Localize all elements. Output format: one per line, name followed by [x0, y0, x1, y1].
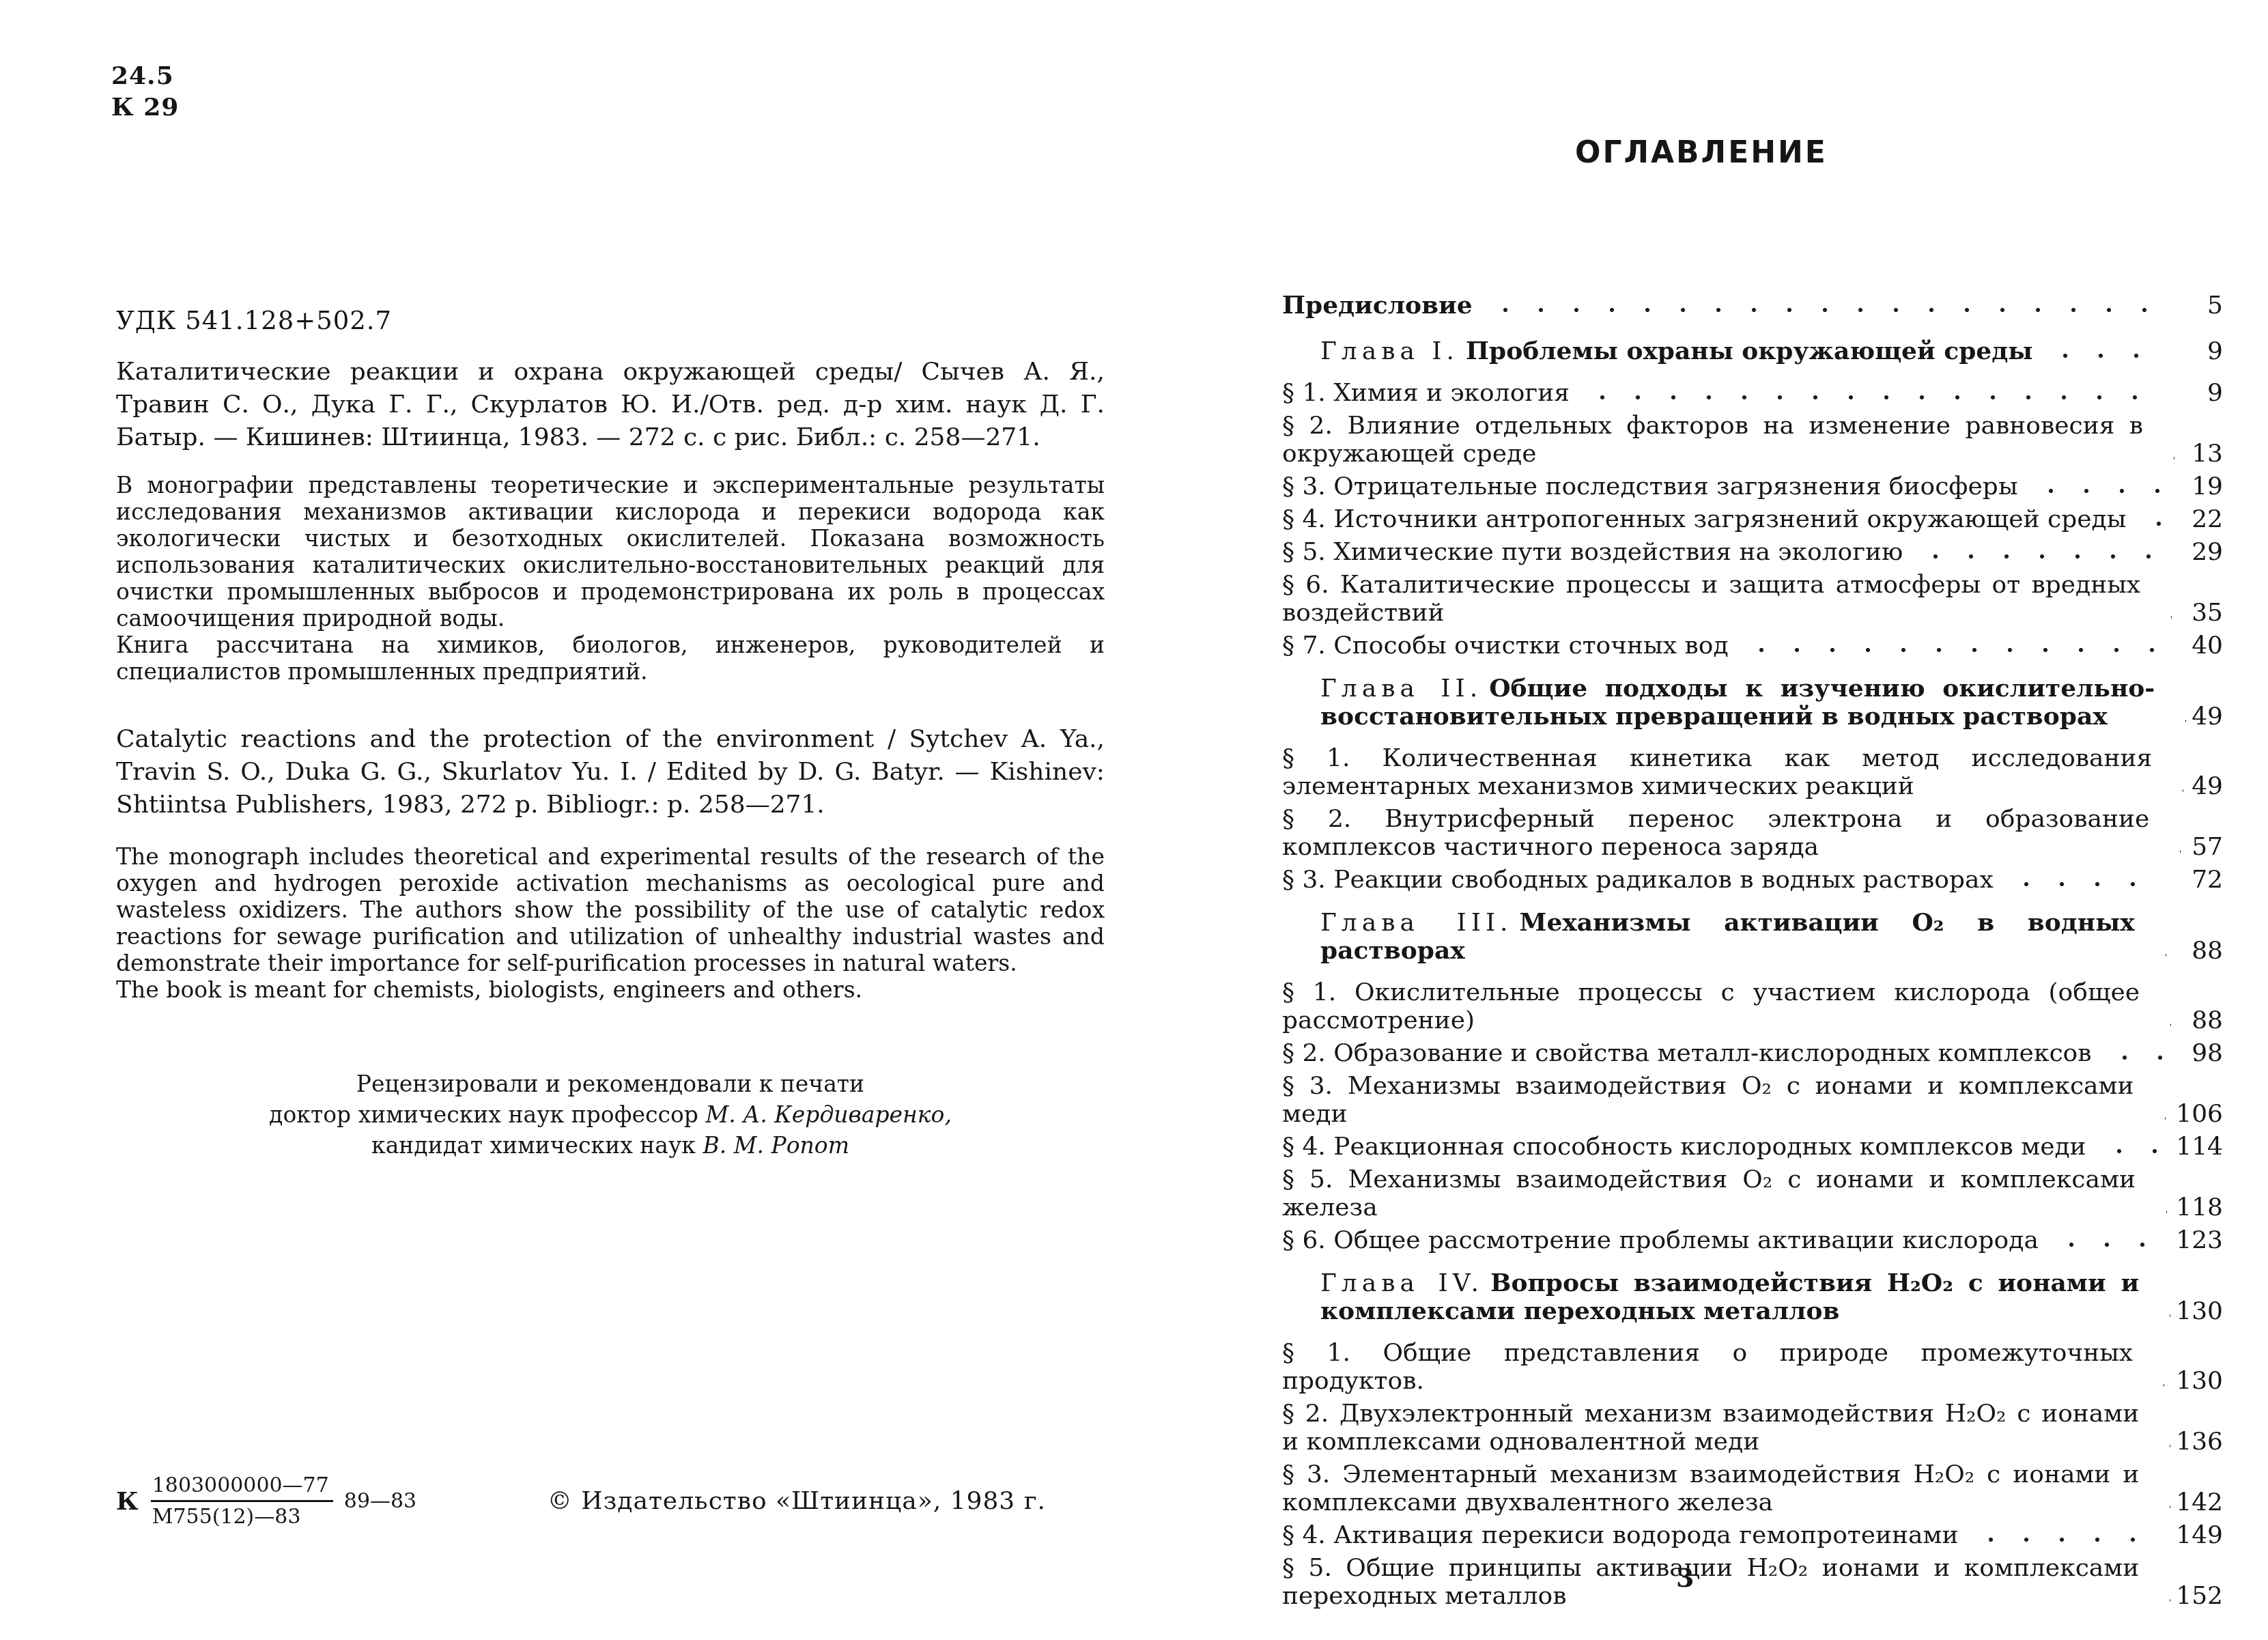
copyright-notice: © Издательство «Штиинца», 1983 г. — [548, 1487, 1046, 1515]
toc-leader-dots — [2004, 866, 2164, 894]
toc-leader-dots — [2043, 337, 2164, 365]
toc-leader-dots — [1740, 632, 2164, 660]
toc-entry-text: § 4. Источники антропогенных загрязнений… — [1282, 505, 2126, 533]
toc-entry-page: 114 — [2170, 1133, 2223, 1161]
toc-entry-page: 88 — [2177, 1006, 2223, 1034]
toc-entry-page: 149 — [2170, 1521, 2223, 1549]
toc-entry-text: § 3. Реакции свободных радикалов в водны… — [1282, 866, 1994, 894]
toc-entry-label: § 2. Образование и свойства металл-кисло… — [1282, 1039, 2092, 1067]
toc-entry-text: § 3. Механизмы взаимодействия О₂ с ионам… — [1282, 1072, 2134, 1128]
toc-leader-dots — [2050, 1226, 2164, 1254]
toc-entry-page: 98 — [2170, 1039, 2223, 1067]
toc-entry-page: 106 — [2171, 1100, 2223, 1128]
toc-entry: § 1. Количественная кинетика как метод и… — [1282, 744, 2223, 800]
toc-entry-page: 29 — [2170, 538, 2223, 566]
toc-entry: § 3. Механизмы взаимодействия О₂ с ионам… — [1282, 1072, 2223, 1128]
toc-entry-label: Глава II.Общие подходы к изучению окисли… — [1282, 675, 2155, 731]
toc-entry-label: § 1. Окислительные процессы с участием к… — [1282, 978, 2140, 1034]
toc-entry: Глава I.Проблемы охраны окружающей среды… — [1282, 337, 2223, 365]
toc-entry-page: 130 — [2170, 1367, 2223, 1395]
toc-leader-dots — [2151, 599, 2172, 627]
toc-chapter-prefix: Глава I. — [1320, 337, 1459, 365]
toc-entry: § 3. Отрицательные последствия загрязнен… — [1282, 472, 2223, 500]
toc-entry: § 4. Активация перекиси водорода гемопро… — [1282, 1521, 2223, 1549]
toc-entry: § 1. Химия и экология 9 — [1282, 379, 2223, 407]
toc-entry-text: § 1. Количественная кинетика как метод и… — [1282, 744, 2152, 800]
toc-entry: § 2. Внутрисферный перенос электрона и о… — [1282, 805, 2223, 861]
toc-entry-page: 142 — [2176, 1488, 2223, 1516]
toc-leader-dots — [2146, 1193, 2167, 1221]
toc-entry-text: § 1. Общие представления о природе проме… — [1282, 1339, 2133, 1395]
stock-number-fraction: 1803000000—77 М755(12)—83 — [151, 1473, 333, 1529]
toc-entry-text: § 5. Общие принципы активации Н₂О₂ ионам… — [1282, 1554, 2139, 1610]
toc-leader-dots — [2150, 1488, 2170, 1516]
toc-entry-label: § 2. Влияние отдельных факторов на измен… — [1282, 412, 2143, 468]
toc-leader-dots — [2029, 472, 2164, 500]
toc-entry-text: § 6. Общее рассмотрение проблемы активац… — [1282, 1226, 2039, 1254]
toc-entry-text: § 5. Химические пути воздействия на экол… — [1282, 538, 1903, 566]
toc-entry-page: 49 — [2189, 772, 2223, 800]
toc-entry-page: 152 — [2176, 1582, 2223, 1610]
imprint-row: К 1803000000—77 М755(12)—83 89—83 © Изда… — [116, 1473, 1105, 1529]
toc-entry-label: § 3. Реакции свободных радикалов в водны… — [1282, 866, 1994, 894]
toc-leader-dots — [1914, 538, 2164, 566]
catalog-code: 24.5 К 29 — [111, 60, 179, 123]
reviewers-heading: Рецензировали и рекомендовали к печати — [116, 1069, 1105, 1099]
annotation-ru-audience: Книга рассчитана на химиков, биологов, и… — [116, 632, 1105, 685]
toc-entry-label: § 6. Общее рассмотрение проблемы активац… — [1282, 1226, 2039, 1254]
toc-leader-dots — [2145, 1100, 2166, 1128]
stock-number: К 1803000000—77 М755(12)—83 89—83 — [116, 1473, 416, 1529]
toc-entry-text: § 5. Механизмы взаимодействия О₂ с ионам… — [1282, 1165, 2136, 1221]
udk-number: УДК 541.128+502.7 — [116, 306, 1105, 335]
toc-entry: § 3. Реакции свободных радикалов в водны… — [1282, 866, 2223, 894]
toc-entry-label: § 1. Общие представления о природе проме… — [1282, 1339, 2133, 1395]
toc-entry-page: 57 — [2186, 833, 2223, 861]
toc-entry-page: 136 — [2176, 1428, 2223, 1456]
toc-entry-label: § 1. Количественная кинетика как метод и… — [1282, 744, 2152, 800]
toc-leader-dots — [2151, 1006, 2171, 1034]
toc-leader-dots — [2103, 1039, 2164, 1067]
reviewers-block: Рецензировали и рекомендовали к печати д… — [116, 1069, 1105, 1161]
stock-number-numerator: 1803000000—77 — [151, 1473, 333, 1502]
toc-entry: § 7. Способы очистки сточных вод 40 — [1282, 632, 2223, 660]
toc-entry: Глава II.Общие подходы к изучению окисли… — [1282, 675, 2223, 731]
page-number: 3 — [1676, 1562, 1694, 1593]
toc-entry-page: 49 — [2192, 703, 2223, 731]
reviewer-1: доктор химических наук профессор М. А. К… — [116, 1099, 1105, 1130]
toc-entry: Предисловие 5 — [1282, 292, 2223, 320]
toc-leader-dots — [2150, 1297, 2170, 1325]
toc-leader-dots — [2154, 440, 2174, 468]
toc-leader-dots — [2160, 833, 2181, 861]
toc-entry-label: § 4. Активация перекиси водорода гемопро… — [1282, 1521, 1958, 1549]
toc-entry-page: 130 — [2176, 1297, 2223, 1325]
toc-chapter-prefix: Глава IV. — [1320, 1269, 1484, 1297]
toc-entry-label: Предисловие — [1282, 292, 1473, 320]
toc-entry-text: Предисловие — [1282, 291, 1473, 320]
toc-entry: § 5. Химические пути воздействия на экол… — [1282, 538, 2223, 566]
toc-entry-label: Глава I.Проблемы охраны окружающей среды — [1282, 337, 2032, 365]
toc-entry: § 2. Двухэлектронный механизм взаимодейс… — [1282, 1400, 2223, 1456]
toc-entry: § 5. Механизмы взаимодействия О₂ с ионам… — [1282, 1165, 2223, 1221]
bibliographic-entry-en: Catalytic reactions and the protection o… — [116, 723, 1105, 821]
toc-entry-text: § 2. Внутрисферный перенос электрона и о… — [1282, 805, 2149, 861]
toc-entry-label: Глава III.Механизмы активации О₂ в водны… — [1282, 909, 2135, 965]
toc-entry-text: § 2. Образование и свойства металл-кисло… — [1282, 1039, 2092, 1067]
toc-leader-dots — [2163, 772, 2183, 800]
toc-chapter-prefix: Глава III. — [1320, 909, 1513, 937]
toc-leader-dots — [2146, 937, 2166, 965]
annotation-ru: В монографии представлены теоретические … — [116, 472, 1105, 632]
toc-entry-page: 5 — [2170, 292, 2223, 320]
toc-entry: Глава IV.Вопросы взаимодействия Н₂О₂ с и… — [1282, 1269, 2223, 1325]
toc-entry-page: 35 — [2177, 599, 2223, 627]
toc-entry: § 4. Реакционная способность кислородных… — [1282, 1133, 2223, 1161]
toc-entry-label: § 2. Двухэлектронный механизм взаимодейс… — [1282, 1400, 2139, 1456]
toc-leader-dots — [2137, 505, 2164, 533]
toc-entry-page: 118 — [2172, 1193, 2223, 1221]
toc-entry-page: 9 — [2170, 379, 2223, 407]
toc-leader-dots — [2144, 1367, 2164, 1395]
toc-entry-label: Глава IV.Вопросы взаимодействия Н₂О₂ с и… — [1282, 1269, 2139, 1325]
toc-leader-dots — [2150, 1428, 2170, 1456]
toc-entry-text: § 4. Активация перекиси водорода гемопро… — [1282, 1521, 1958, 1549]
scanned-book-page: 24.5 К 29 УДК 541.128+502.7 Каталитическ… — [0, 0, 2268, 1640]
toc-entry-label: § 3. Механизмы взаимодействия О₂ с ионам… — [1282, 1072, 2134, 1128]
toc-entry: § 4. Источники антропогенных загрязнений… — [1282, 505, 2223, 533]
toc-entry-page: 19 — [2170, 472, 2223, 500]
toc-entry: § 1. Окислительные процессы с участием к… — [1282, 978, 2223, 1034]
toc-leader-dots — [1580, 379, 2164, 407]
annotation-en-audience: The book is meant for chemists, biologis… — [116, 976, 1105, 1003]
toc-entry-page: 40 — [2170, 632, 2223, 660]
toc-leader-dots — [2150, 1582, 2170, 1610]
toc-entry-label: § 7. Способы очистки сточных вод — [1282, 632, 1729, 660]
toc-entry-page: 123 — [2170, 1226, 2223, 1254]
toc-entry-page: 22 — [2170, 505, 2223, 533]
reviewer-2: кандидат химических наук В. М. Ропот — [116, 1130, 1105, 1161]
toc-title: ОГЛАВЛЕНИЕ — [1282, 135, 2121, 170]
toc-entry-page: 88 — [2172, 937, 2223, 965]
toc-entry-text: § 3. Элементарный механизм взаимодействи… — [1282, 1460, 2139, 1516]
bibliographic-column: УДК 541.128+502.7 Каталитические реакции… — [116, 306, 1105, 1161]
toc-entry-page: 72 — [2170, 866, 2223, 894]
table-of-contents: ОГЛАВЛЕНИЕ Предисловие 5 Глава I.Проблем… — [1282, 135, 2223, 1615]
stock-number-suffix: 89—83 — [344, 1489, 416, 1513]
toc-entry-text: § 4. Реакционная способность кислородных… — [1282, 1133, 2086, 1161]
toc-entry-label: § 5. Механизмы взаимодействия О₂ с ионам… — [1282, 1165, 2136, 1221]
reviewer-2-title: кандидат химических наук — [371, 1132, 703, 1159]
toc-entry-text: § 2. Влияние отдельных факторов на измен… — [1282, 412, 2143, 468]
bibliographic-entry-ru: Каталитические реакции и охрана окружающ… — [116, 356, 1105, 454]
toc-leader-dots — [2166, 703, 2186, 731]
toc-entry-text: § 2. Двухэлектронный механизм взаимодейс… — [1282, 1400, 2139, 1456]
stock-number-denominator: М755(12)—83 — [151, 1502, 333, 1529]
annotation-en: The monograph includes theoretical and e… — [116, 843, 1105, 976]
toc-leader-dots — [1969, 1521, 2164, 1549]
reviewer-1-name: М. А. Кердиваренко, — [705, 1101, 951, 1128]
toc-entry: § 2. Влияние отдельных факторов на измен… — [1282, 412, 2223, 468]
toc-entry-label: § 6. Каталитические процессы и защита ат… — [1282, 571, 2140, 627]
toc-entry: § 5. Общие принципы активации Н₂О₂ ионам… — [1282, 1554, 2223, 1610]
toc-entry-text: § 7. Способы очистки сточных вод — [1282, 632, 1729, 660]
toc-entry-label: § 2. Внутрисферный перенос электрона и о… — [1282, 805, 2149, 861]
toc-entry-label: § 5. Общие принципы активации Н₂О₂ ионам… — [1282, 1554, 2139, 1610]
toc-entry-label: § 3. Отрицательные последствия загрязнен… — [1282, 472, 2018, 500]
toc-entry-label: § 1. Химия и экология — [1282, 379, 1570, 407]
stock-number-letter: К — [116, 1487, 139, 1516]
toc-entry-label: § 4. Источники антропогенных загрязнений… — [1282, 505, 2126, 533]
toc-leader-dots — [1484, 292, 2164, 320]
toc-leader-dots — [2097, 1133, 2164, 1161]
toc-entry: § 6. Общее рассмотрение проблемы активац… — [1282, 1226, 2223, 1254]
catalog-code-line2: К 29 — [111, 91, 179, 123]
toc-list: Предисловие 5 Глава I.Проблемы охраны ок… — [1282, 292, 2223, 1610]
toc-entry-text: § 6. Каталитические процессы и защита ат… — [1282, 571, 2140, 627]
toc-entry-label: § 4. Реакционная способность кислородных… — [1282, 1133, 2086, 1161]
toc-chapter-prefix: Глава II. — [1320, 675, 1482, 703]
toc-entry: § 3. Элементарный механизм взаимодействи… — [1282, 1460, 2223, 1516]
toc-entry: Глава III.Механизмы активации О₂ в водны… — [1282, 909, 2223, 965]
toc-entry-label: § 5. Химические пути воздействия на экол… — [1282, 538, 1903, 566]
reviewer-2-name: В. М. Ропот — [703, 1132, 849, 1159]
catalog-code-line1: 24.5 — [111, 60, 179, 91]
toc-entry: § 2. Образование и свойства металл-кисло… — [1282, 1039, 2223, 1067]
toc-entry: § 6. Каталитические процессы и защита ат… — [1282, 571, 2223, 627]
toc-entry-page: 9 — [2170, 337, 2223, 365]
toc-entry: § 1. Общие представления о природе проме… — [1282, 1339, 2223, 1395]
toc-entry-text: § 1. Химия и экология — [1282, 379, 1570, 407]
toc-entry-text: Проблемы охраны окружающей среды — [1466, 337, 2032, 365]
reviewer-1-title: доктор химических наук профессор — [269, 1101, 705, 1128]
toc-entry-label: § 3. Элементарный механизм взаимодействи… — [1282, 1460, 2139, 1516]
toc-entry-text: § 3. Отрицательные последствия загрязнен… — [1282, 472, 2018, 500]
toc-entry-text: § 1. Окислительные процессы с участием к… — [1282, 978, 2140, 1034]
toc-entry-page: 13 — [2180, 440, 2223, 468]
